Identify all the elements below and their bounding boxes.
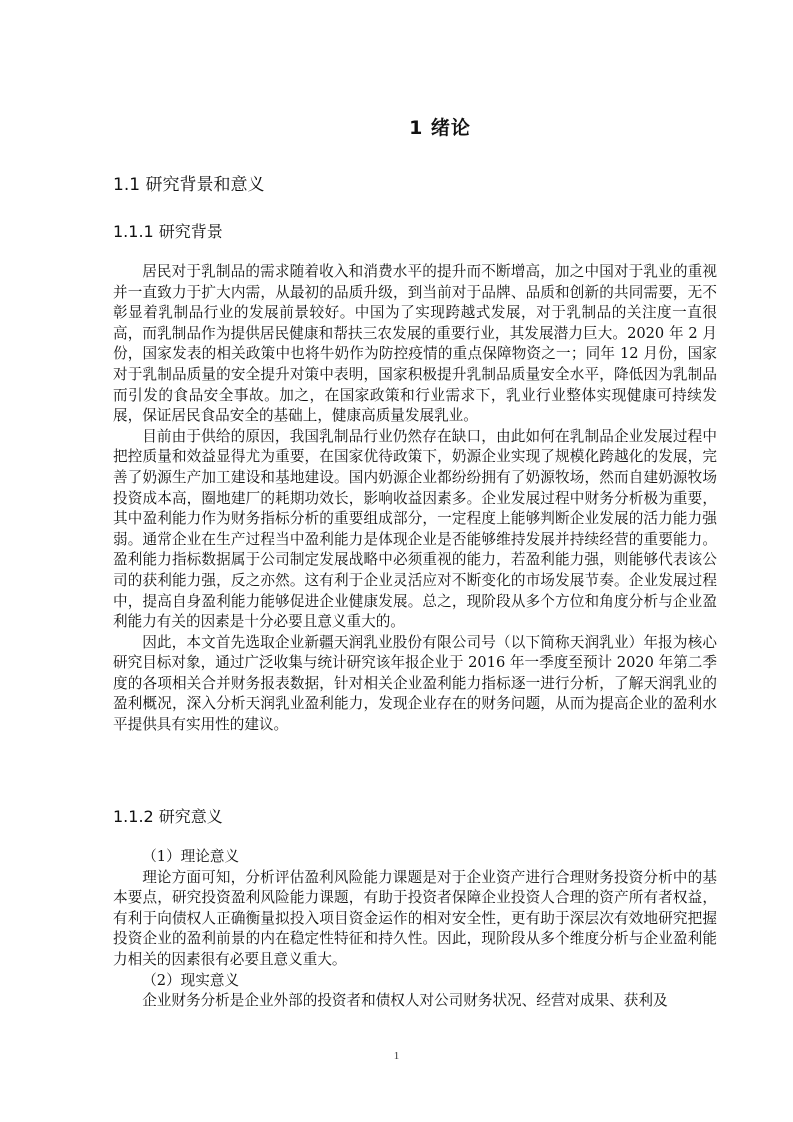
subsection-heading-significance: 1.1.2 研究意义 <box>113 804 223 827</box>
paragraph: 企业财务分析是企业外部的投资者和债权人对公司财务状况、经营对成果、获利及 <box>113 991 717 1012</box>
chapter-title: 1 绪论 <box>113 113 767 140</box>
section-heading: 1.1 研究背景和意义 <box>113 170 264 195</box>
paragraph: 目前由于供给的原因，我国乳制品行业仍然存在缺口，由此如何在乳制品企业发展过程中把… <box>113 427 717 633</box>
item-label-practical: （2）现实意义 <box>113 971 717 992</box>
paragraph: 居民对于乳制品的需求随着收入和消费水平的提升而不断增高，加之中国对于乳业的重视并… <box>113 262 717 427</box>
background-body: 居民对于乳制品的需求随着收入和消费水平的提升而不断增高，加之中国对于乳业的重视并… <box>113 262 717 736</box>
page-number: 1 <box>0 1050 793 1062</box>
paragraph: 理论方面可知，分析评估盈利风险能力课题是对于企业资产进行合理财务投资分析中的基本… <box>113 868 717 971</box>
paragraph: 因此，本文首先选取企业新疆天润乳业股份有限公司号（以下简称天润乳业）年报为核心研… <box>113 633 717 736</box>
item-label-theoretical: （1）理论意义 <box>113 847 717 868</box>
significance-body: （1）理论意义 理论方面可知，分析评估盈利风险能力课题是对于企业资产进行合理财务… <box>113 847 717 1012</box>
subsection-heading-background: 1.1.1 研究背景 <box>113 219 223 242</box>
